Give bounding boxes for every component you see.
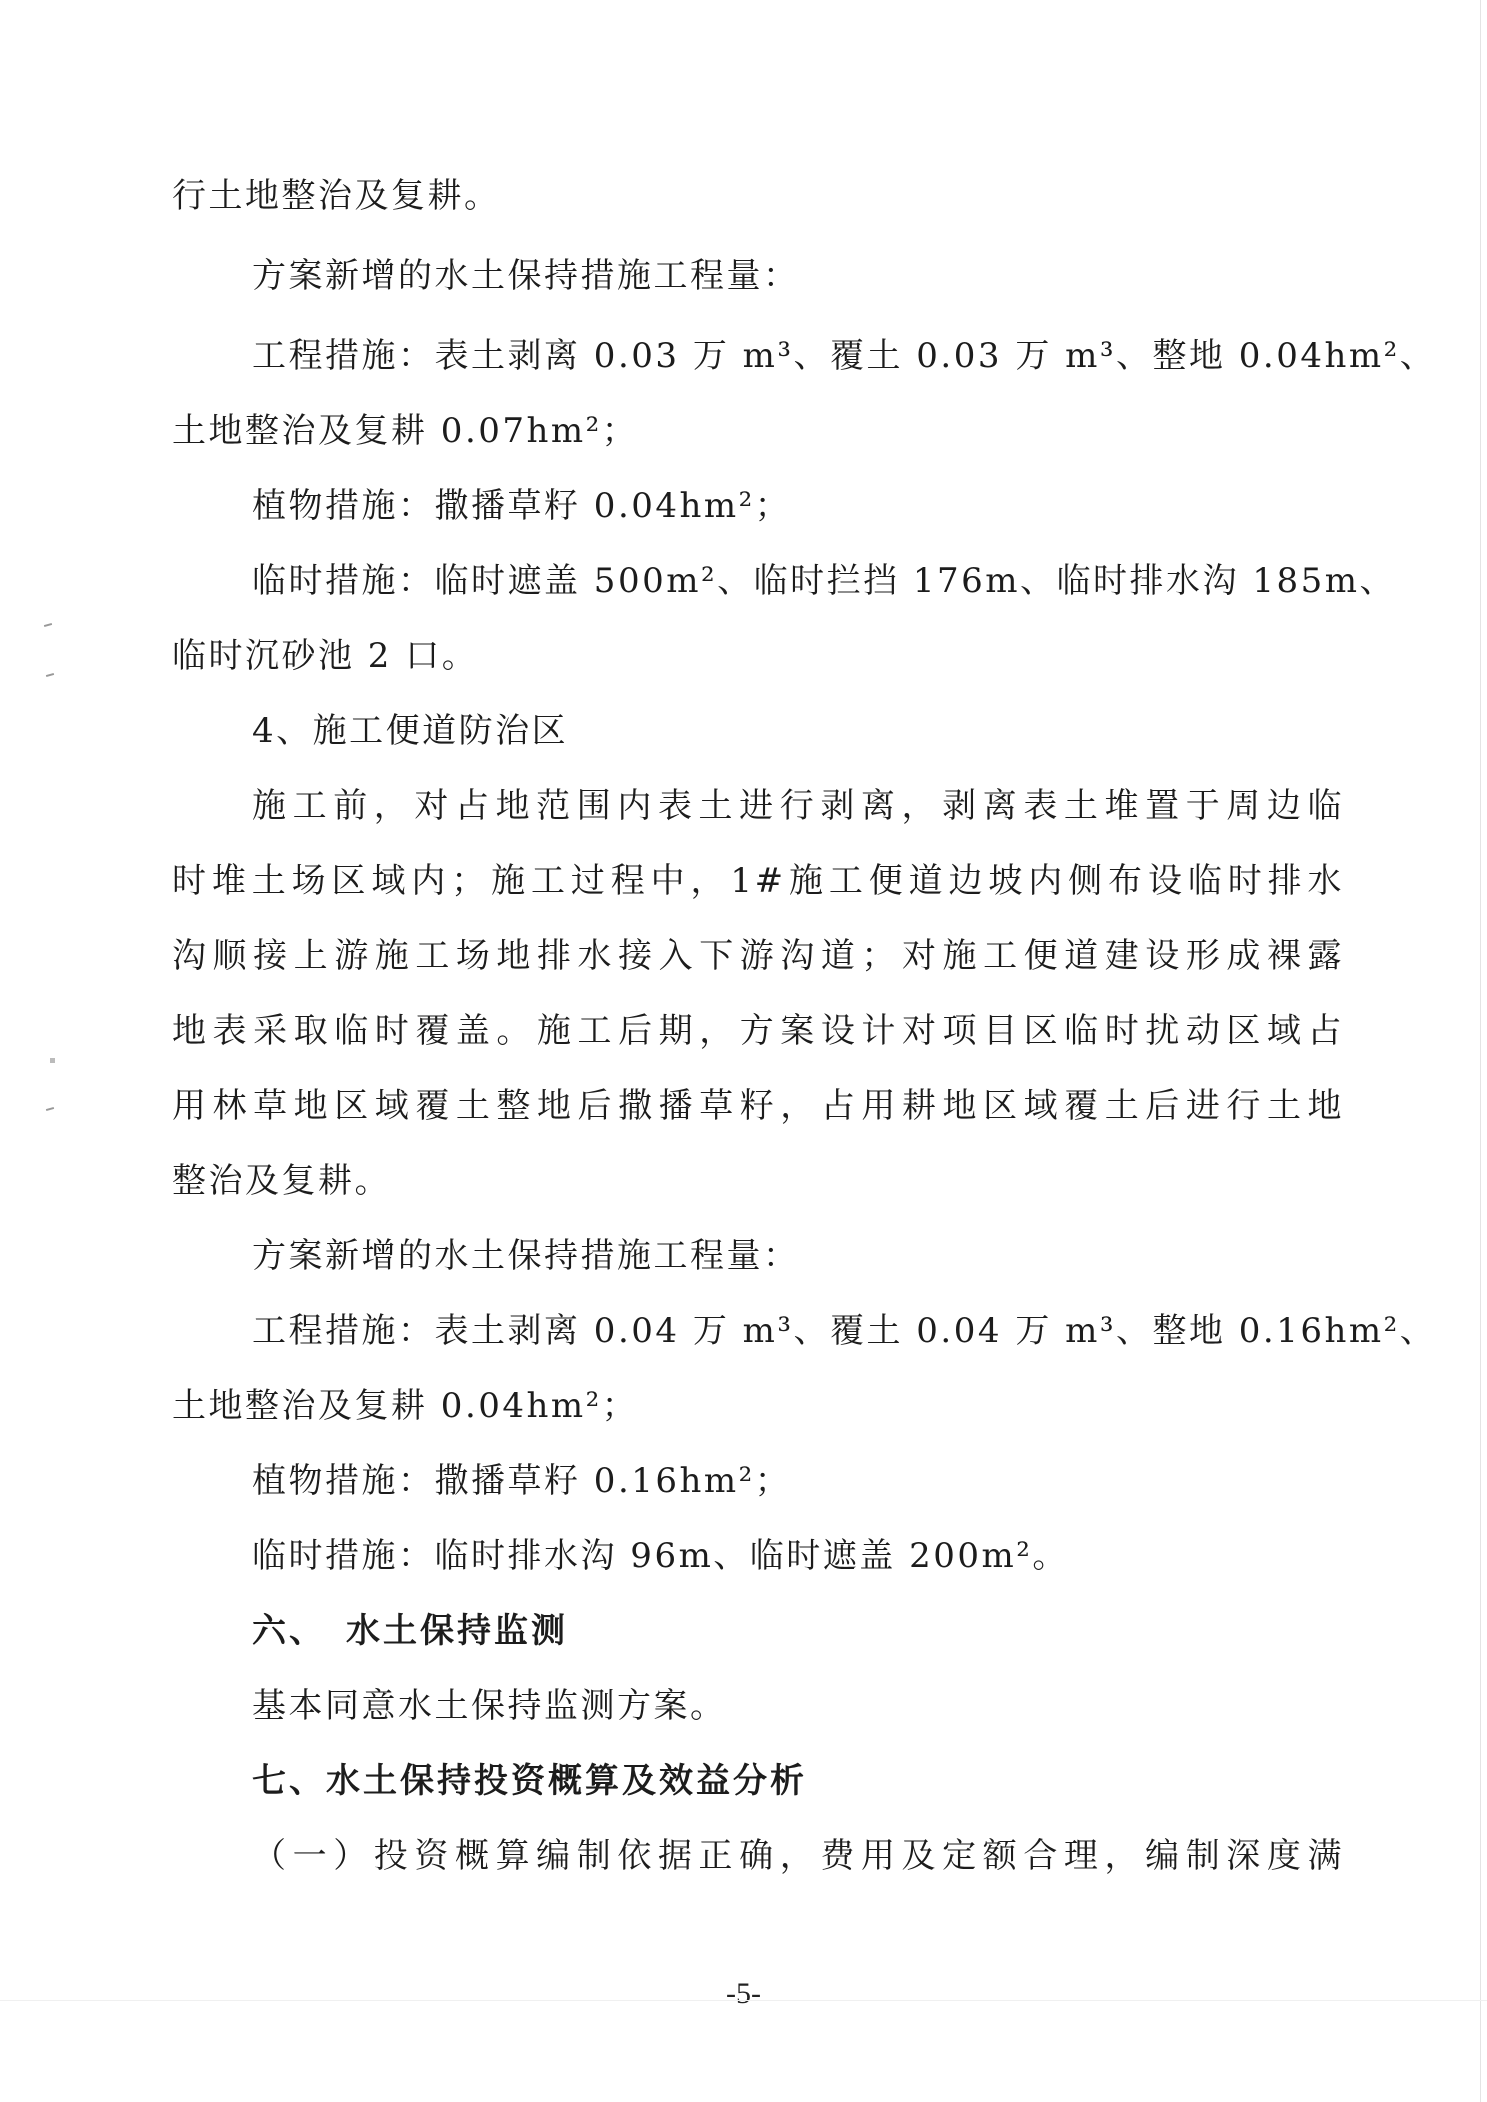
paragraph-line: 土地整治及复耕 0.07hm²； <box>172 411 638 451</box>
paragraph-line: 时堆土场区域内；施工过程中，1#施工便道边坡内侧布设临时排水 <box>172 861 1344 901</box>
paragraph-line: 工程措施：表土剥离 0.04 万 m³、覆土 0.04 万 m³、整地 0.16… <box>252 1311 1344 1351</box>
scan-line <box>0 2000 1487 2001</box>
paragraph-line: 方案新增的水土保持措施工程量： <box>252 1236 800 1276</box>
paragraph-line: 用林草地区域覆土整地后撒播草籽，占用耕地区域覆土后进行土地 <box>172 1086 1344 1126</box>
page-number: -5- <box>0 1977 1487 2011</box>
scan-artifact <box>50 1058 55 1063</box>
paragraph-line: 植物措施：撒播草籽 0.04hm²； <box>252 486 791 526</box>
paragraph-line: 工程措施：表土剥离 0.03 万 m³、覆土 0.03 万 m³、整地 0.04… <box>252 336 1344 376</box>
paragraph-line: 施工前，对占地范围内表土进行剥离，剥离表土堆置于周边临 <box>252 786 1344 826</box>
paragraph-line: 方案新增的水土保持措施工程量： <box>252 256 800 296</box>
page-edge <box>1480 0 1481 2102</box>
paragraph-line: 植物措施：撒播草籽 0.16hm²； <box>252 1461 791 1501</box>
paragraph-line: 沟顺接上游施工场地排水接入下游沟道；对施工便道建设形成裸露 <box>172 936 1344 976</box>
section-heading: 六、 水土保持监测 <box>252 1611 568 1651</box>
paragraph-line: 临时措施：临时遮盖 500m²、临时拦挡 176m、临时排水沟 185m、 <box>252 561 1344 601</box>
paragraph-line: 基本同意水土保持监测方案。 <box>252 1686 727 1726</box>
document-page: 行土地整治及复耕。 方案新增的水土保持措施工程量： 工程措施：表土剥离 0.03… <box>0 0 1487 2102</box>
paragraph-line: 土地整治及复耕 0.04hm²； <box>172 1386 638 1426</box>
scan-artifact <box>46 673 54 677</box>
scan-artifact <box>44 623 52 627</box>
section-heading: 七、水土保持投资概算及效益分析 <box>252 1761 807 1801</box>
scan-artifact <box>46 1107 54 1111</box>
paragraph-line: 整治及复耕。 <box>172 1161 391 1201</box>
paragraph-line: 行土地整治及复耕。 <box>172 176 501 216</box>
paragraph-line: （一）投资概算编制依据正确，费用及定额合理，编制深度满 <box>252 1836 1344 1876</box>
section-subheading: 4、施工便道防治区 <box>252 711 568 751</box>
paragraph-line: 地表采取临时覆盖。施工后期，方案设计对项目区临时扰动区域占 <box>172 1011 1344 1051</box>
paragraph-line: 临时沉砂池 2 口。 <box>172 636 478 676</box>
paragraph-line: 临时措施：临时排水沟 96m、临时遮盖 200m²。 <box>252 1536 1069 1576</box>
